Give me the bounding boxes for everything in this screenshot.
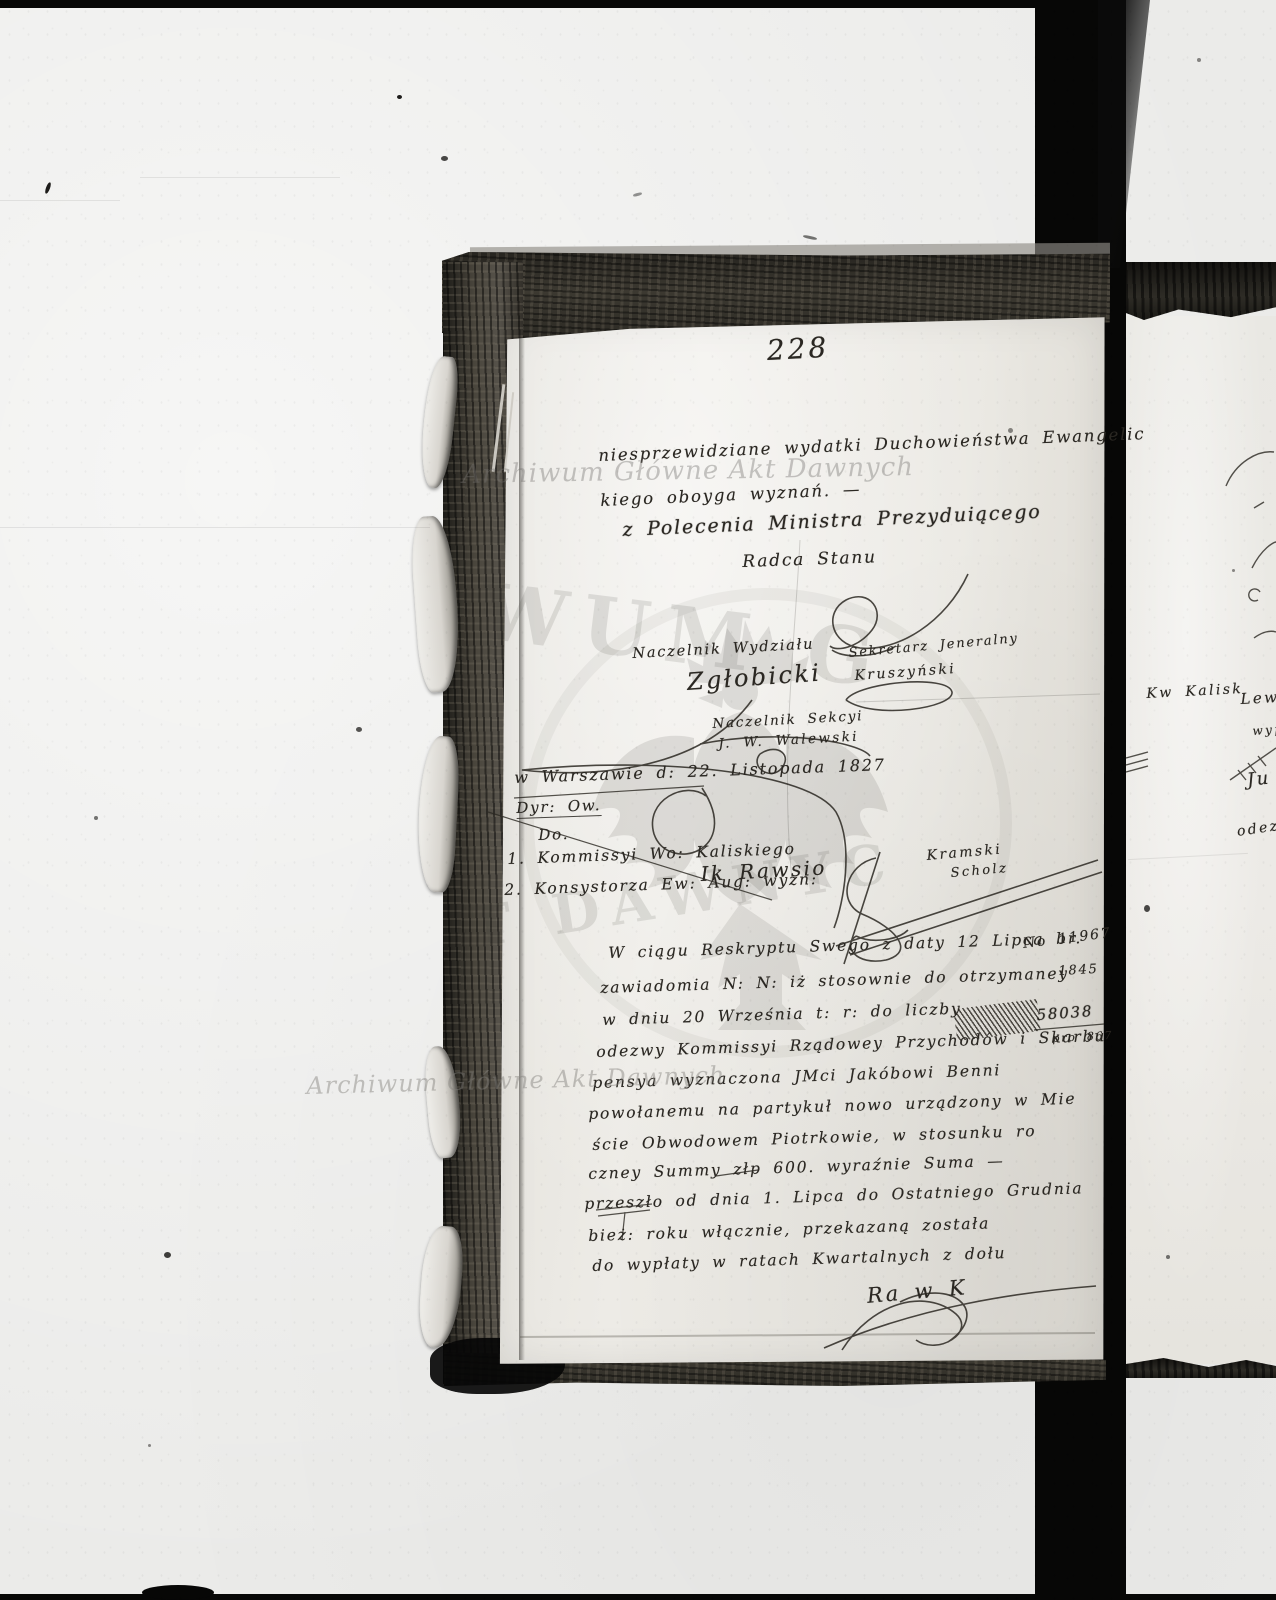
film-scratch — [140, 177, 340, 178]
dust-speck — [1008, 428, 1013, 433]
margin-ref-year: 1845 — [1058, 962, 1099, 979]
adjacent-fragment: Ju — [1246, 768, 1272, 791]
dust-speck — [633, 192, 642, 197]
film-edge-blob — [142, 1585, 214, 1600]
dust-speck — [356, 727, 362, 732]
adjacent-page — [1126, 316, 1276, 1364]
film-bar-shadow — [1098, 0, 1150, 268]
dust-speck — [1232, 569, 1235, 572]
dust-speck — [803, 235, 817, 241]
dust-speck — [94, 816, 98, 820]
dust-speck — [148, 1444, 151, 1447]
dust-speck — [1197, 58, 1201, 62]
page-number: 228 — [766, 331, 830, 367]
dept-ref: Dyr: Ow. — [516, 796, 602, 819]
adjacent-fragment: Lew — [1240, 688, 1276, 708]
dust-speck — [44, 182, 52, 195]
film-scratch — [0, 200, 120, 201]
to-label: Do. — [538, 825, 570, 844]
adjacent-page-top-edge — [1126, 262, 1276, 320]
archival-scan: WUM G T DAWNYC — [0, 0, 1276, 1600]
dust-speck — [397, 95, 402, 99]
dust-speck — [441, 156, 448, 161]
dust-speck — [1144, 905, 1150, 912]
film-scratch — [0, 527, 430, 528]
film-edge-top — [0, 0, 1036, 8]
adjacent-fragment: wyp — [1252, 722, 1276, 738]
dust-speck — [164, 1252, 171, 1258]
dust-speck — [1166, 1255, 1170, 1259]
